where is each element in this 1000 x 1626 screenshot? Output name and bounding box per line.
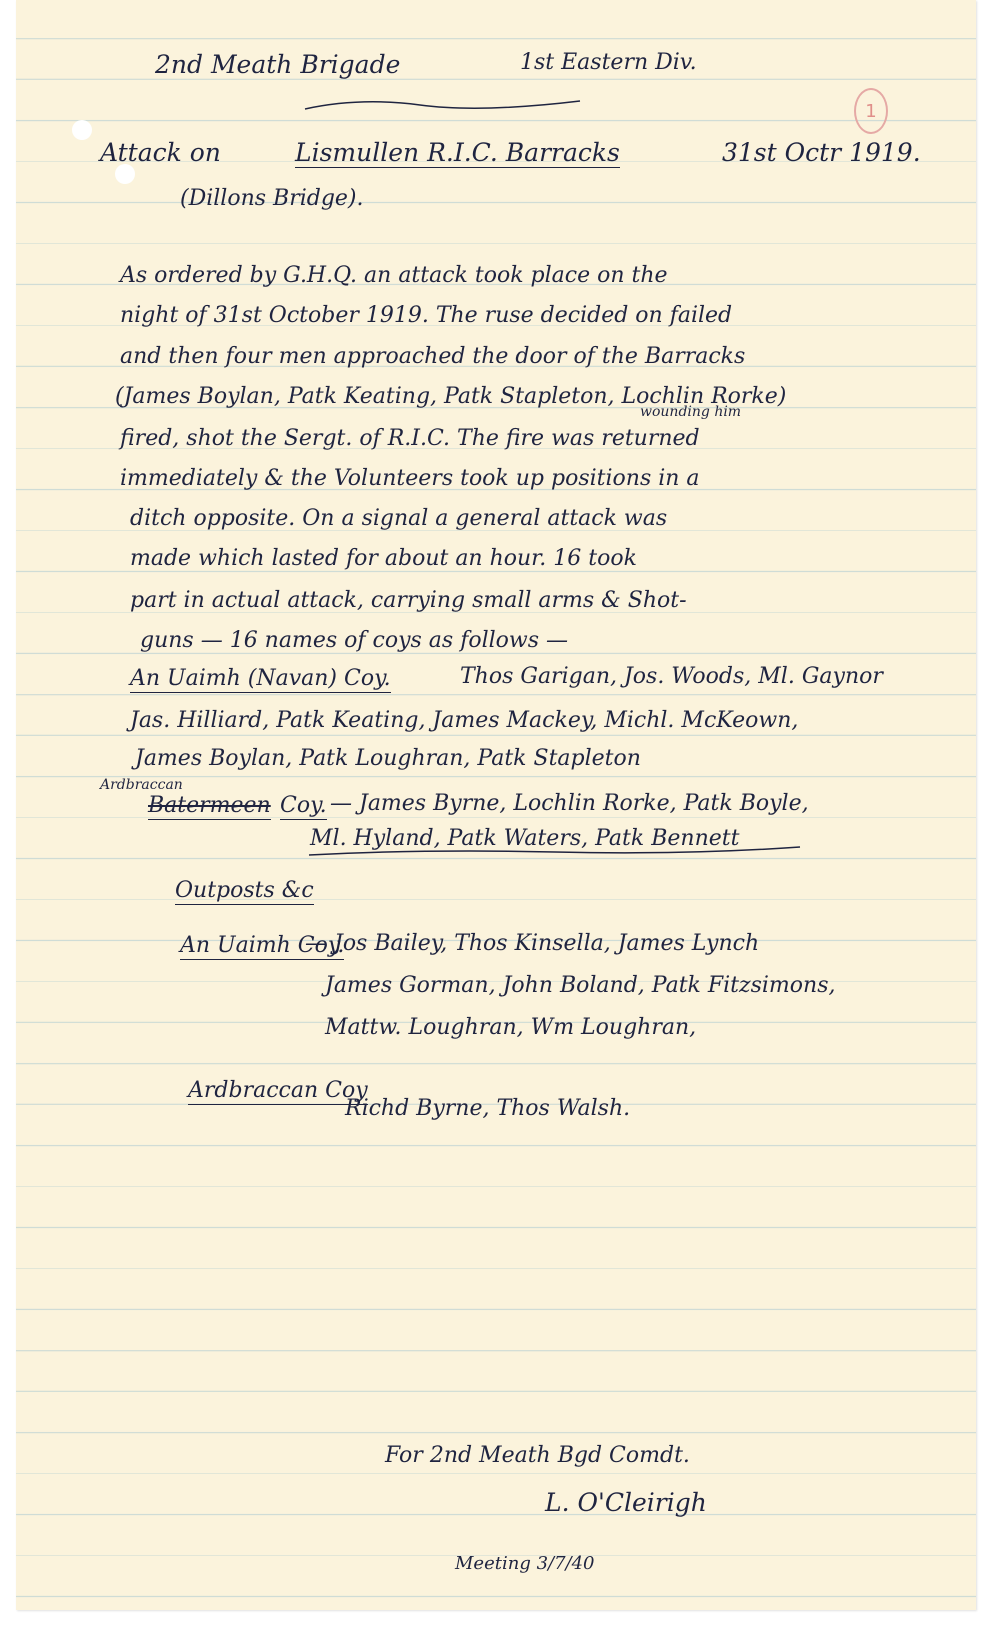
punch-hole-top bbox=[72, 120, 92, 140]
attack-list-underline bbox=[305, 845, 805, 861]
company-members-line: Jas. Hilliard, Patk Keating, James Macke… bbox=[130, 710, 798, 732]
body-line: night of 31st October 1919. The ruse dec… bbox=[120, 305, 732, 327]
page-number-mark: 1 bbox=[854, 88, 888, 134]
title-subject: Attack on bbox=[100, 140, 221, 165]
title-subtitle: (Dillons Bridge). bbox=[180, 188, 364, 210]
outpost-members-line: Mattw. Loughran, Wm Loughran, bbox=[325, 1017, 696, 1039]
body-line: ditch opposite. On a signal a general at… bbox=[130, 508, 667, 530]
body-line: made which lasted for about an hour. 16 … bbox=[130, 548, 637, 570]
company-members-line: James Boylan, Patk Loughran, Patk Staple… bbox=[135, 748, 641, 770]
company-label-suffix: Coy. bbox=[280, 795, 327, 820]
signature-for-line: For 2nd Meath Bgd Comdt. bbox=[385, 1445, 690, 1467]
company-label-an-uaimh-navan: An Uaimh (Navan) Coy. bbox=[130, 668, 391, 693]
title-target: Lismullen R.I.C. Barracks bbox=[295, 140, 620, 168]
outpost-members-line: — Jos Bailey, Thos Kinsella, James Lynch bbox=[305, 933, 759, 955]
company-label-inserted: Ardbraccan bbox=[100, 778, 183, 792]
punch-hole-bottom bbox=[115, 164, 135, 184]
outpost-company-label-ardbraccan: Ardbraccan Coy bbox=[188, 1080, 368, 1105]
body-line: (James Boylan, Patk Keating, Patk Staple… bbox=[115, 386, 786, 408]
body-line: and then four men approached the door of… bbox=[120, 346, 745, 368]
outposts-heading: Outposts &c bbox=[175, 880, 314, 905]
meeting-note: Meeting 3/7/40 bbox=[455, 1555, 595, 1573]
header-unit: 2nd Meath Brigade bbox=[155, 52, 400, 77]
header-underline bbox=[300, 95, 590, 115]
title-date: 31st Octr 1919. bbox=[722, 140, 921, 165]
outpost-members-line: Richd Byrne, Thos Walsh. bbox=[345, 1098, 630, 1120]
body-line: part in actual attack, carrying small ar… bbox=[130, 590, 687, 612]
header-division: 1st Eastern Div. bbox=[520, 52, 697, 74]
company-label-struck: Batermeen bbox=[148, 795, 271, 820]
body-line: guns — 16 names of coys as follows — bbox=[140, 630, 568, 652]
company-members-line: — James Byrne, Lochlin Rorke, Patk Boyle… bbox=[330, 793, 809, 815]
outpost-members-line: James Gorman, John Boland, Patk Fitzsimo… bbox=[325, 975, 835, 997]
body-line: As ordered by G.H.Q. an attack took plac… bbox=[120, 265, 668, 287]
body-line: fired, shot the Sergt. of R.I.C. The fir… bbox=[120, 428, 700, 450]
signature: L. O'Cleirigh bbox=[545, 1490, 707, 1515]
company-members-line: Thos Garigan, Jos. Woods, Ml. Gaynor bbox=[460, 666, 883, 688]
body-line: immediately & the Volunteers took up pos… bbox=[120, 468, 700, 490]
